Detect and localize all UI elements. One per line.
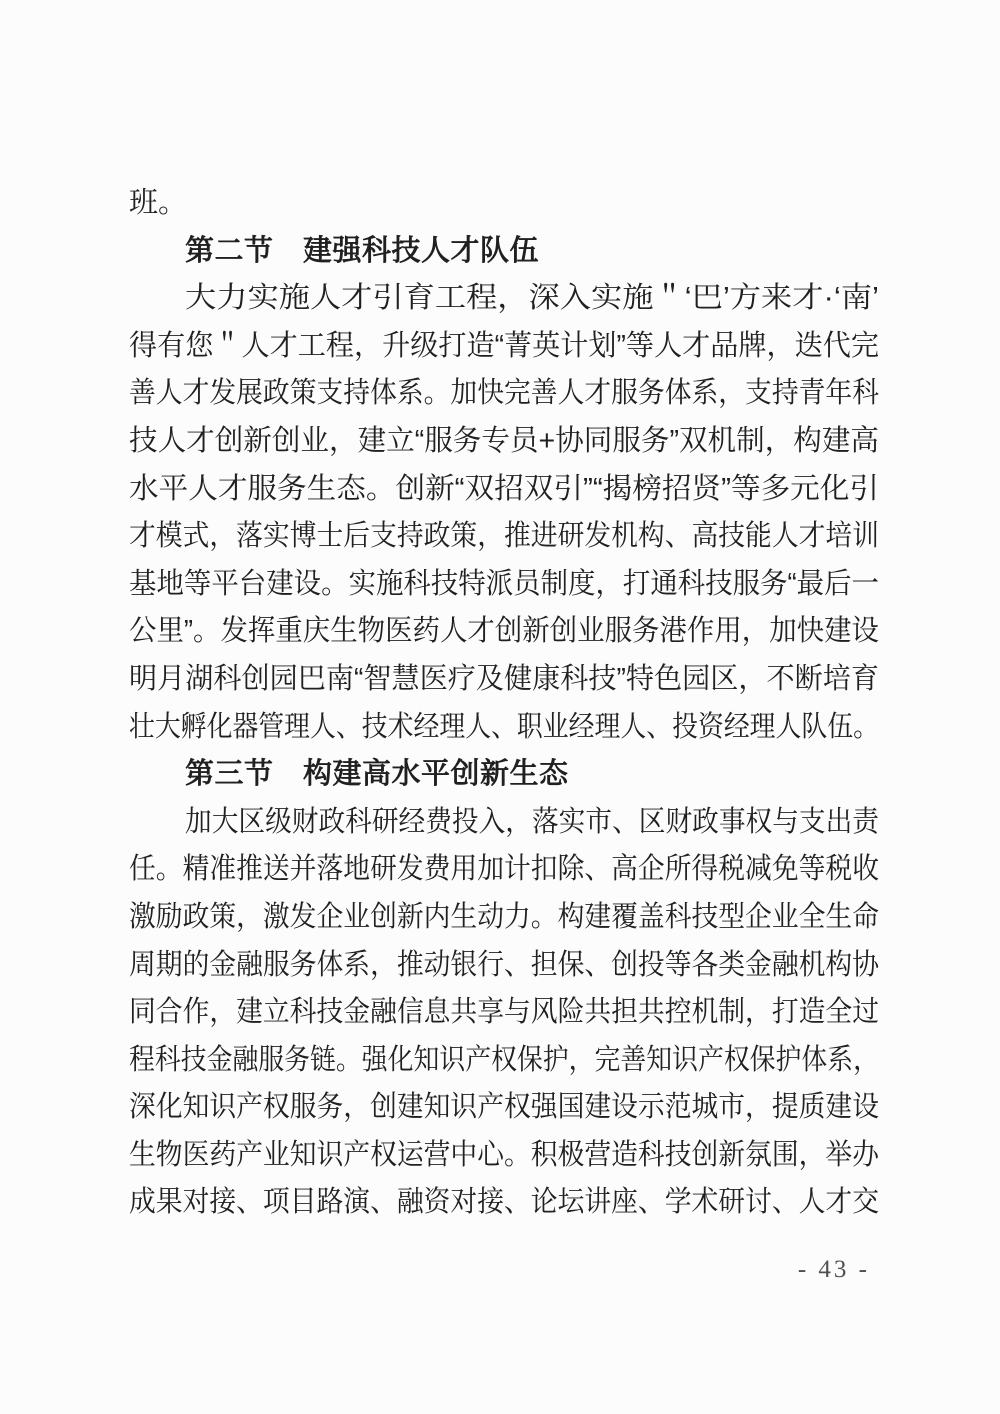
document-page: 班。第二节 建强科技人才队伍大力实施人才引育工程，深入实施＂‘巴’方来才·‘南’… — [0, 0, 1000, 1414]
body-text-line: 得有您＂人才工程，升级打造“菁英计划”等人才品牌，迭代完 — [129, 323, 879, 371]
body-text-line: 大力实施人才引育工程，深入实施＂‘巴’方来才·‘南’ — [129, 275, 879, 323]
body-text-line: 生物医药产业知识产权运营中心。积极营造科技创新氛围，举办 — [129, 1132, 879, 1180]
body-text-line: 才模式，落实博士后支持政策，推进研发机构、高技能人才培训 — [129, 513, 879, 561]
line-text: 技人才创新创业，建立“服务专员+协同服务”双机制，构建高 — [129, 418, 879, 466]
body-text-line: 成果对接、项目路演、融资对接、论坛讲座、学术研讨、人才交 — [129, 1179, 879, 1227]
line-text: 成果对接、项目路演、融资对接、论坛讲座、学术研讨、人才交 — [129, 1179, 879, 1227]
line-text: 明月湖科创园巴南“智慧医疗及健康科技”特色园区，不断培育 — [129, 656, 879, 704]
line-text: 公里”。发挥重庆生物医药人才创新创业服务港作用，加快建设 — [129, 608, 879, 656]
body-text-line: 公里”。发挥重庆生物医药人才创新创业服务港作用，加快建设 — [129, 608, 879, 656]
line-text: 加大区级财政科研经费投入，落实市、区财政事权与支出责 — [185, 799, 879, 847]
line-text: 善人才发展政策支持体系。加快完善人才服务体系，支持青年科 — [129, 370, 879, 418]
page-number: - 43 - — [798, 1256, 870, 1283]
body-text-line: 任。精准推送并落地研发费用加计扣除、高企所得税减免等税收 — [129, 846, 879, 894]
body-text-line: 壮大孵化器管理人、技术经理人、职业经理人、投资经理人队伍。 — [129, 704, 879, 752]
body-text-line: 基地等平台建设。实施科技特派员制度，打通科技服务“最后一 — [129, 561, 879, 609]
body-text-line: 激励政策，激发企业创新内生动力。构建覆盖科技型企业全生命 — [129, 894, 879, 942]
body-text-line: 深化知识产权服务，创建知识产权强国建设示范城市，提质建设 — [129, 1084, 879, 1132]
body-text-line: 明月湖科创园巴南“智慧医疗及健康科技”特色园区，不断培育 — [129, 656, 879, 704]
line-text: 第二节 建强科技人才队伍 — [185, 228, 539, 276]
line-text: 激励政策，激发企业创新内生动力。构建覆盖科技型企业全生命 — [129, 894, 879, 942]
line-text: 才模式，落实博士后支持政策，推进研发机构、高技能人才培训 — [129, 513, 879, 561]
line-text: 第三节 构建高水平创新生态 — [185, 751, 569, 799]
body-text-line: 善人才发展政策支持体系。加快完善人才服务体系，支持青年科 — [129, 370, 879, 418]
line-text: 壮大孵化器管理人、技术经理人、职业经理人、投资经理人队伍。 — [129, 704, 879, 752]
body-text-line: 加大区级财政科研经费投入，落实市、区财政事权与支出责 — [129, 799, 879, 847]
body-text-line: 程科技金融服务链。强化知识产权保护，完善知识产权保护体系， — [129, 1037, 879, 1085]
body-text-line: 技人才创新创业，建立“服务专员+协同服务”双机制，构建高 — [129, 418, 879, 466]
section-heading: 第三节 构建高水平创新生态 — [129, 751, 879, 799]
line-text: 同合作，建立科技金融信息共享与风险共担共控机制，打造全过 — [129, 989, 879, 1037]
body-text-line: 同合作，建立科技金融信息共享与风险共担共控机制，打造全过 — [129, 989, 879, 1037]
line-text: 任。精准推送并落地研发费用加计扣除、高企所得税减免等税收 — [129, 846, 879, 894]
line-text: 周期的金融服务体系，推动银行、担保、创投等各类金融机构协 — [129, 942, 879, 990]
document-body: 班。第二节 建强科技人才队伍大力实施人才引育工程，深入实施＂‘巴’方来才·‘南’… — [129, 180, 879, 1227]
body-text-line: 班。 — [129, 180, 879, 228]
line-text: 生物医药产业知识产权运营中心。积极营造科技创新氛围，举办 — [129, 1132, 879, 1180]
line-text: 基地等平台建设。实施科技特派员制度，打通科技服务“最后一 — [129, 561, 879, 609]
page-footer: - 43 - — [798, 1256, 870, 1284]
body-text-line: 水平人才服务生态。创新“双招双引”“揭榜招贤”等多元化引 — [129, 466, 879, 514]
line-text: 得有您＂人才工程，升级打造“菁英计划”等人才品牌，迭代完 — [129, 323, 879, 371]
line-text: 程科技金融服务链。强化知识产权保护，完善知识产权保护体系， — [129, 1037, 879, 1085]
line-text: 水平人才服务生态。创新“双招双引”“揭榜招贤”等多元化引 — [129, 466, 879, 514]
section-heading: 第二节 建强科技人才队伍 — [129, 228, 879, 276]
line-text: 班。 — [129, 180, 187, 228]
body-text-line: 周期的金融服务体系，推动银行、担保、创投等各类金融机构协 — [129, 942, 879, 990]
line-text: 深化知识产权服务，创建知识产权强国建设示范城市，提质建设 — [129, 1084, 879, 1132]
line-text: 大力实施人才引育工程，深入实施＂‘巴’方来才·‘南’ — [185, 275, 879, 323]
